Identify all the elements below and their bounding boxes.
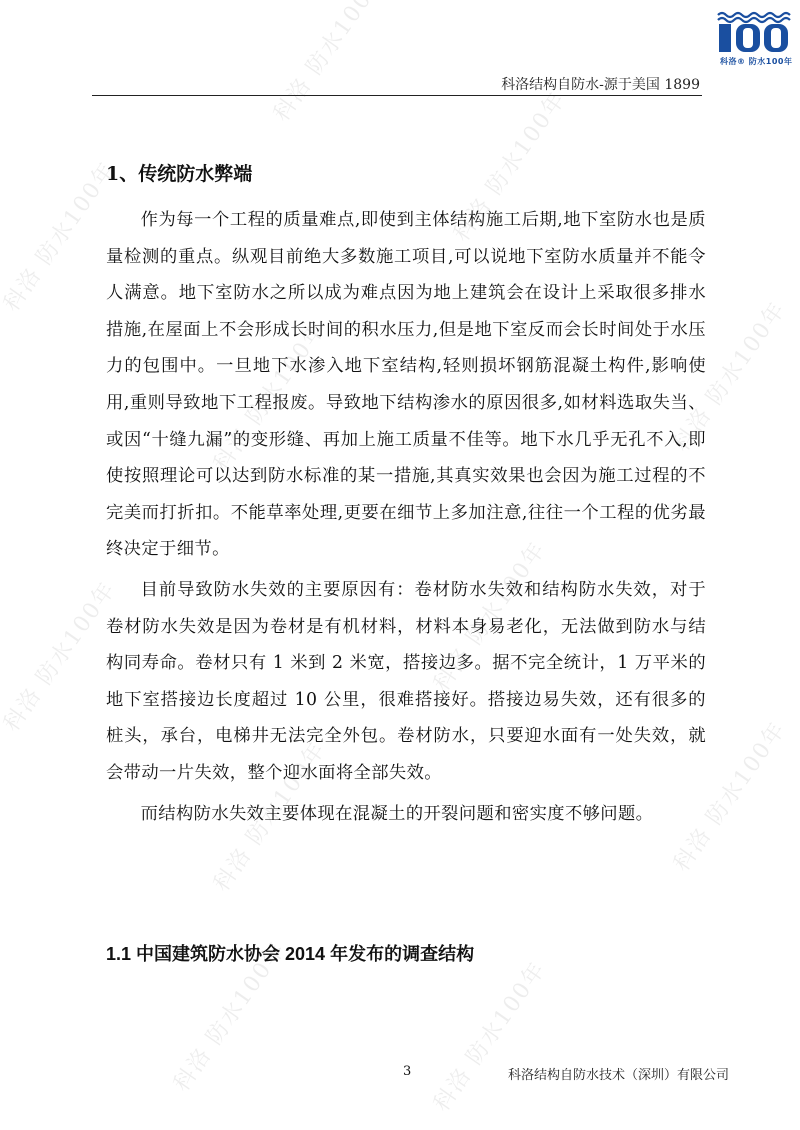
logo-100-icon — [716, 10, 792, 54]
watermark: 科洛 防水100年 — [0, 574, 122, 737]
subsection-heading: 1.1 中国建筑防水协会 2014 年发布的调查结构 — [106, 940, 474, 966]
section-heading: 1、传统防水弊端 — [106, 160, 706, 188]
paragraph: 作为每一个工程的质量难点,即使到主体结构施工后期,地下室防水也是质量检测的重点。… — [106, 202, 706, 568]
page-number: 3 — [403, 1064, 411, 1079]
watermark: 科洛 防水100年 — [265, 0, 392, 127]
footer-company: 科洛结构自防水技术（深圳）有限公司 — [508, 1064, 729, 1083]
watermark: 科洛 防水100年 — [425, 954, 552, 1117]
logo-caption: 科洛® 防水100年 — [720, 56, 792, 67]
watermark: 科洛 防水100年 — [0, 154, 122, 317]
paragraph: 目前导致防水失效的主要原因有：卷材防水失效和结构防水失效，对于卷材防水失效是因为… — [106, 572, 706, 792]
header-divider — [92, 95, 702, 96]
document-body: 1、传统防水弊端 作为每一个工程的质量难点,即使到主体结构施工后期,地下室防水也… — [106, 160, 706, 832]
company-logo: 科洛® 防水100年 — [716, 10, 796, 72]
header-title: 科洛结构自防水-源于美国 1899 — [501, 74, 700, 94]
paragraph: 而结构防水失效主要体现在混凝土的开裂问题和密实度不够问题。 — [106, 796, 706, 833]
